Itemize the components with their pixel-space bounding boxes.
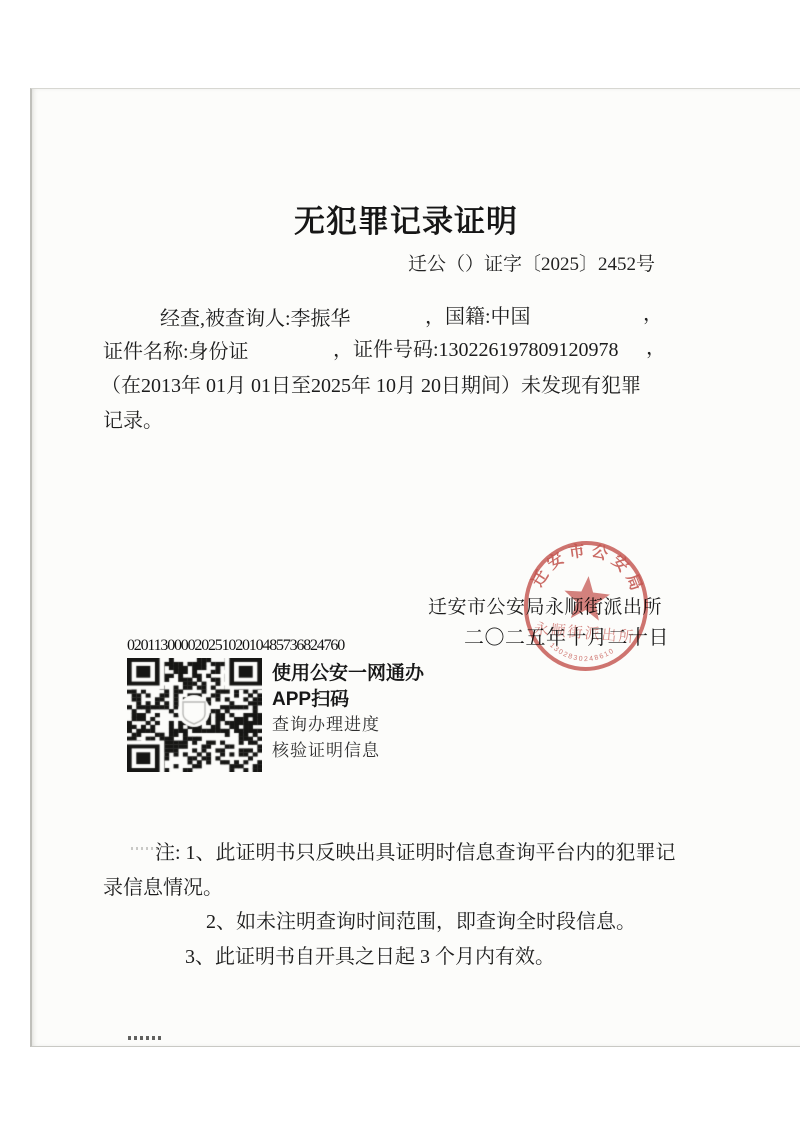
qr-instruction-line1: 使用公安一网通办 [272,662,424,686]
note-line1: 注: 1、此证明书只反映出具证明时信息查询平台内的犯罪记 [155,841,676,866]
seal-station-text: 永顺街派出所 [533,621,636,647]
official-seal: 迁安市公安局 永顺街派出所 1302830248610 [520,538,652,676]
body-line2-id-type: 证件名称:身份证 [103,340,249,365]
body-line2-trailing-comma: ， [646,336,666,361]
body-line1-nationality: ，国籍:中国 [425,305,531,330]
barcode-number: 02011300002025102010485736824760 [127,636,344,656]
qr-code [127,658,262,772]
body-line2-id-number: ，证件号码:130226197809120978 [333,338,619,363]
note-line2: 录信息情况。 [103,876,223,901]
scanned-document: 无犯罪记录证明 迁公（）证字〔2025〕2452号 经查,被查询人:李振华 ，国… [0,0,800,1131]
body-line1-subject: 经查,被查询人:李振华 [160,307,351,332]
qr-caption-line1: 查询办理进度 [272,714,380,735]
body-line1-trailing-comma: ， [643,302,663,327]
qr-caption-line2: 核验证明信息 [272,740,380,761]
scan-artifact-marks [128,1036,164,1040]
note-line4: 3、此证明书自开具之日起 3 个月内有效。 [185,945,555,970]
scan-artifact-dots [131,847,159,850]
document-number: 迁公（）证字〔2025〕2452号 [408,253,655,277]
document-title: 无犯罪记录证明 [294,203,518,242]
note-line3: 2、如未注明查询时间范围，即查询全时段信息。 [206,910,636,935]
seal-star-icon [562,574,611,621]
qr-instruction-line2: APP扫码 [272,688,349,712]
body-line3-period: （在2013年 01月 01日至2025年 10月 20日期间）未发现有犯罪 [101,374,641,399]
body-line4-record: 记录。 [103,409,163,434]
